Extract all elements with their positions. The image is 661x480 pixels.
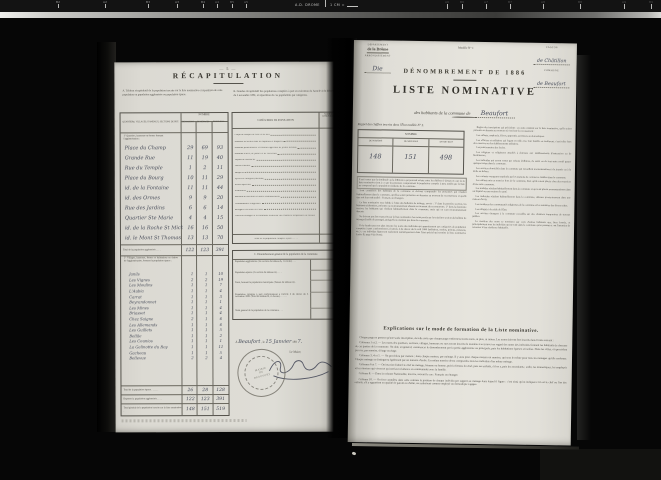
maisons-value: 1 bbox=[185, 299, 199, 304]
place-name: Les Moulins bbox=[121, 283, 185, 288]
instructions-left-paragraphs: Sont considérés des habitants de la comm… bbox=[356, 189, 467, 237]
page-left-recapitulation: — 5 — RÉCAPITULATION A. Tableau récapitu… bbox=[114, 62, 342, 433]
ruler-tick: A2 bbox=[100, 0, 110, 8]
maisons-value: 16 bbox=[183, 225, 198, 231]
dotted-leader bbox=[252, 184, 316, 185]
ruler-tick-label: B2 bbox=[53, 0, 63, 4]
ruler-tick-mark bbox=[203, 4, 204, 8]
place-name: Place du Bourg bbox=[121, 175, 183, 181]
rappel-individus-value: 498 bbox=[428, 147, 464, 174]
rappel-caption: Rappel des chiffres inscrits dans l'État… bbox=[358, 122, 468, 128]
maisons-value: 1 bbox=[185, 322, 199, 327]
maisons-value: 1 bbox=[185, 339, 199, 344]
report-individus: 391 bbox=[213, 397, 229, 402]
dotted-leader bbox=[264, 209, 316, 210]
ruler-tick-label: A7 bbox=[481, 0, 491, 4]
ruler-tick-label: B3 bbox=[143, 0, 153, 4]
intro-paragraph-a: A. Tableau récapitulatif de la populatio… bbox=[122, 89, 222, 96]
table-b-categories: CATÉGORIES DE POPULATION NOMBRE D'INDIVI… bbox=[232, 112, 340, 244]
table-row: Grande Rue 11 19 40 bbox=[121, 153, 228, 163]
individus-value: 14 bbox=[212, 205, 228, 211]
table-row: id. de la Roche St Michel 16 16 50 bbox=[121, 223, 228, 233]
book-cover-edge bbox=[97, 42, 116, 432]
ruler-tick: A8 bbox=[538, 0, 548, 9]
menages-value: 1 bbox=[199, 316, 213, 321]
maisons-value: 13 bbox=[183, 235, 198, 241]
instruction-paragraph: Les individus qui seront venus par raiso… bbox=[473, 159, 571, 167]
table-a-total-agglomeree-row: Total de la population agglomérée . . . … bbox=[121, 244, 228, 256]
total-eparse-individus: 128 bbox=[213, 388, 229, 393]
handwritten-date: 15 Janvier bbox=[266, 339, 292, 345]
ruler-tick-label: B9 bbox=[646, 0, 656, 4]
table-row: Place du Bourg 10 11 29 bbox=[121, 173, 228, 183]
table-b-total-label: Total de la population comptée à part . … bbox=[235, 237, 317, 240]
individus-value: 11 bbox=[212, 165, 228, 171]
subtitle-printed: des habitants de la commune de bbox=[414, 110, 470, 116]
table-a-header-quartiers: QUARTIERS, VILLAGES, HAMEAUX, SECTIONS D… bbox=[121, 113, 182, 132]
category-label: Asiles d'aliénés bbox=[235, 165, 251, 168]
menages-value: 13 bbox=[198, 235, 213, 241]
ruler-tick-label: A8 bbox=[538, 0, 548, 4]
maisons-value: 2 bbox=[185, 355, 199, 360]
microfilm-scan-viewport: B2 A2 B3 A3 B4 bbox=[0, 0, 661, 480]
maisons-value: 1 bbox=[185, 271, 199, 276]
instruction-paragraph: Les malades résidant habituellement dans… bbox=[473, 187, 571, 195]
menages-value: 1 bbox=[199, 333, 213, 338]
dotted-leader bbox=[298, 147, 316, 148]
ruler-tick-mark bbox=[325, 0, 326, 7]
table-row: id. des Ormes 9 9 20 bbox=[121, 193, 228, 203]
menages-value: 16 bbox=[198, 225, 213, 231]
canton-block: CANTON de Châtillon COMMUNE de Beaufort bbox=[528, 46, 575, 91]
ruler-tick-label: B4 bbox=[198, 0, 208, 4]
category-label: Maisons d'éducation et autres établissem… bbox=[235, 196, 280, 199]
handwritten-place: Beaufort bbox=[238, 339, 260, 345]
ruler-tick-label: B8 bbox=[575, 0, 585, 4]
table-a-section2-label: 2° Villages, hameaux, fermes et habitati… bbox=[124, 257, 178, 263]
instruction-paragraph: Ne doivent pas être transcrits sur la li… bbox=[356, 215, 466, 223]
instruction-paragraph: Les individus résidant habituellement da… bbox=[472, 195, 570, 203]
canton-value: de Châtillon bbox=[534, 59, 570, 66]
ruler-tick: B3 bbox=[143, 0, 153, 8]
menages-value: 2 bbox=[198, 165, 213, 171]
place-name: Place du Champ bbox=[121, 145, 183, 151]
menages-value: 1 bbox=[199, 305, 213, 310]
report-maisons: 122 bbox=[183, 397, 198, 402]
instruction-paragraph: Sont considérés des habitants de la comm… bbox=[357, 189, 467, 200]
menages-value: 1 bbox=[199, 283, 213, 288]
scanner-edge-strip bbox=[0, 12, 661, 18]
grand-total-label: Total général de la population inscrite … bbox=[122, 407, 183, 413]
row-label: Total général de la population de la com… bbox=[233, 308, 310, 318]
scale-dash bbox=[347, 6, 358, 7]
ruler-tick-mark bbox=[58, 4, 59, 8]
ruler-tick: B8 bbox=[575, 0, 585, 9]
individus-value: 1 bbox=[213, 338, 228, 343]
ruler-tick: B2 bbox=[53, 0, 63, 8]
table-a-subheaders: DE MAISONS DE MÉNAGES D'INDIVIDUS bbox=[181, 121, 228, 132]
place-name: Les Vignes bbox=[121, 277, 185, 282]
ruler-tick-label: B5 bbox=[227, 0, 237, 4]
liste-nominative-title: LISTE NOMINATIVE bbox=[353, 84, 576, 99]
menages-value: 1 bbox=[199, 299, 213, 304]
dotted-leader bbox=[271, 135, 316, 136]
ruler-tick-mark bbox=[447, 4, 448, 9]
explication-paragraph: Colonne 10. — On fera connaître dans cet… bbox=[355, 378, 567, 389]
rappel-col-menages: DE MÉNAGES bbox=[393, 139, 428, 147]
population-municipale-row: Total, formant la population municipale … bbox=[233, 280, 339, 292]
table-row: Rue du Temple 1 2 11 bbox=[121, 163, 228, 173]
menages-value: 2 bbox=[199, 355, 213, 360]
place-name: L'Aubia bbox=[121, 288, 185, 293]
ruler-tick-label: A5 bbox=[241, 0, 251, 4]
explications-paragraphs: Chaque page ne portera qu'une seule insc… bbox=[355, 336, 568, 390]
menages-value: 1 bbox=[199, 344, 213, 349]
maisons-value: 11 bbox=[183, 155, 198, 161]
total-general-row: Total général de la population de la com… bbox=[233, 308, 339, 318]
right-page-right-column: Règles des inscriptions qui précèdent : … bbox=[472, 126, 572, 233]
instruction-paragraph: Les ouvriers étrangers à la commune recu… bbox=[472, 212, 570, 220]
dotted-leader bbox=[262, 203, 316, 204]
maisons-value: 1 bbox=[185, 327, 199, 332]
scale-label: 1 CM = bbox=[330, 3, 345, 7]
individus-value: 1 bbox=[213, 299, 228, 304]
rappel-col-individus: D'INDIVIDUS bbox=[428, 139, 463, 147]
table-b-vline bbox=[319, 113, 320, 243]
maisons-value: 2 bbox=[185, 277, 199, 282]
table-row: Place du Champ 29 69 93 bbox=[121, 143, 228, 153]
stamp-inner-ring: MAIRIE DE BEAUFORT bbox=[241, 352, 282, 393]
place-name: id. des Ormes bbox=[121, 195, 183, 201]
individus-value: 4 bbox=[213, 355, 228, 360]
individus-value: 50 bbox=[212, 225, 228, 231]
modele-label: Modèle N° 1 bbox=[443, 45, 489, 50]
rappel-table: NOMBRE DE MAISONS DE MÉNAGES D'INDIVIDUS… bbox=[357, 129, 465, 175]
place-name: Rue des Jardins bbox=[121, 205, 183, 211]
menages-value: 1 bbox=[199, 338, 213, 343]
place-name: Rue du Temple bbox=[121, 165, 183, 171]
handwritten-year-digit: 7. bbox=[297, 339, 302, 345]
menages-value: 1 bbox=[199, 322, 213, 327]
individus-value: 15 bbox=[212, 215, 228, 221]
section-c-denombrement: C. Dénombrement général de la population… bbox=[232, 250, 340, 320]
individus-value: 11 bbox=[213, 344, 228, 349]
individus-value: 4 bbox=[213, 288, 228, 293]
total-agglomeree-maisons: 122 bbox=[182, 248, 197, 253]
category-label: Maisons pénitentiaires et colonies agric… bbox=[235, 147, 297, 150]
ruler-tick-mark bbox=[543, 4, 544, 9]
ruler-tick-mark bbox=[462, 4, 463, 9]
maisons-value: 1 bbox=[185, 333, 199, 338]
bottom-corner-shadow bbox=[540, 449, 661, 480]
printed-le: , le bbox=[261, 340, 265, 344]
individus-value: 70 bbox=[212, 235, 228, 241]
maisons-value: 1 bbox=[185, 288, 199, 293]
ruler-tick: A6 bbox=[442, 0, 452, 9]
ruler-tick-mark bbox=[624, 4, 625, 9]
ruler-tick-label: B7 bbox=[505, 0, 515, 4]
ruler-tick: B5 bbox=[227, 0, 237, 8]
table-row: Bellevue 2 2 4 bbox=[121, 355, 228, 361]
grand-total-maisons: 148 bbox=[183, 407, 198, 412]
place-name: Beyrandonnet bbox=[121, 299, 185, 304]
table-a-rows-eparse: Janils 1 1 10 Les Vignes 2 2 19 Les Moul… bbox=[121, 271, 228, 361]
place-name: La Gelinotte du Roy bbox=[121, 344, 185, 349]
ruler-tick: A7 bbox=[481, 0, 491, 9]
table-b-header-rule bbox=[233, 128, 339, 129]
maisons-value: 4 bbox=[183, 215, 198, 221]
menages-value: 2 bbox=[199, 277, 213, 282]
le-maire-label: Le Maire, bbox=[270, 350, 320, 354]
table-a-subheader-maisons: DE MAISONS bbox=[181, 121, 196, 132]
paper-speck bbox=[352, 451, 357, 455]
page-right-liste-nominative: DÉPARTEMENT de la Drôme ARRONDISSEMENT D… bbox=[348, 40, 577, 445]
arrondissement-label: ARRONDISSEMENT bbox=[356, 54, 400, 58]
ruler-tick: A9 bbox=[619, 0, 629, 9]
canton-label: CANTON bbox=[529, 46, 575, 50]
individus-value: 2 bbox=[213, 333, 228, 338]
place-name: Les Guillets bbox=[121, 327, 185, 332]
place-name: Les Counios bbox=[121, 339, 185, 344]
maisons-value: 1 bbox=[185, 344, 199, 349]
place-name: Grande Rue bbox=[121, 155, 183, 161]
maisons-value: 1 bbox=[185, 283, 199, 288]
rappel-col-maisons: DE MAISONS bbox=[358, 138, 392, 146]
total-eparse-label: Total de la population éparse . . . . . … bbox=[121, 389, 182, 392]
individus-value: 44 bbox=[212, 185, 228, 191]
place-name: Les Mines bbox=[121, 305, 185, 310]
ruler-tick-mark bbox=[217, 4, 218, 8]
ruler-tick-mark bbox=[177, 4, 178, 8]
menages-value: 1 bbox=[199, 271, 213, 276]
place-name: Janils bbox=[121, 271, 185, 276]
ruler-tick-label: B6 bbox=[457, 0, 467, 4]
individus-value: 93 bbox=[212, 145, 228, 151]
population-eparse-row: Population éparse (2e section du tableau… bbox=[233, 270, 339, 280]
category-label: Séminaires bbox=[235, 190, 246, 193]
date-line: À Beaufort , le 15 Janvier 188 7. bbox=[235, 339, 339, 345]
maisons-value: 1 bbox=[185, 350, 199, 355]
instruction-paragraph: Les ouvriers domiciliés dans la commune … bbox=[473, 167, 571, 175]
menages-value: 1 bbox=[199, 288, 213, 293]
ruler-tick-mark bbox=[510, 4, 511, 9]
instruction-paragraph: La liste nominative sera établie à l'aid… bbox=[356, 201, 466, 215]
table-a-rows-agglomeree: Place du Champ 29 69 93 Grande Rue 11 19… bbox=[121, 143, 228, 243]
maisons-value: 1 bbox=[185, 294, 199, 299]
ruler-tick-mark bbox=[232, 4, 233, 8]
individus-value: 20 bbox=[212, 195, 228, 201]
ruler-tick-mark bbox=[105, 4, 106, 8]
individus-value: 29 bbox=[212, 175, 228, 181]
individus-value: 3 bbox=[213, 294, 228, 299]
report-menages: 123 bbox=[198, 397, 213, 402]
individus-value: 6 bbox=[213, 322, 228, 327]
population-comptee-a-part-row: Population comptée à part conformément à… bbox=[233, 292, 339, 308]
individus-value: 5 bbox=[213, 327, 228, 332]
grand-total-menages: 151 bbox=[198, 407, 213, 412]
row-label: Population agglomérée (1re section du ta… bbox=[233, 259, 310, 270]
ruler-tick-label: A4 bbox=[212, 0, 222, 4]
individus-value: 4 bbox=[213, 305, 228, 310]
maisons-value: 1 bbox=[183, 165, 198, 171]
individus-value: 6 bbox=[213, 316, 228, 321]
category-label: Maisons d'arrêt, de justice et de correc… bbox=[235, 153, 277, 156]
instruction-paragraph: Les officiers et militaires qui logent e… bbox=[473, 138, 571, 146]
total-agglomeree-individus: 391 bbox=[212, 248, 228, 253]
table-row: Quartier Ste Marie 4 4 15 bbox=[121, 213, 228, 223]
ruler-tick-mark bbox=[486, 4, 487, 9]
printed-year: 188 bbox=[292, 340, 297, 344]
maisons-value: 11 bbox=[183, 185, 198, 191]
category-label: Écoles spéciales bbox=[235, 184, 251, 187]
ruler-tick bbox=[320, 0, 330, 7]
ruler-tick: A5 bbox=[241, 0, 251, 8]
table-row: id. le Mont St Thomas 13 13 70 bbox=[121, 233, 228, 243]
category-row: Ouvriers étrangers à la commune réunis s… bbox=[235, 211, 317, 217]
archive-label: A.D. DROME bbox=[295, 3, 320, 7]
category-label: Lycées et collèges (internats) bbox=[235, 178, 264, 181]
dotted-leader bbox=[281, 197, 316, 198]
place-name: Quartier Ste Marie bbox=[121, 215, 183, 221]
category-label: Communautés religieuses bbox=[235, 202, 261, 205]
row-label: Population éparse (2e section du tableau… bbox=[233, 270, 310, 280]
row-label: Population comptée à part conformément à… bbox=[233, 292, 310, 308]
category-label: Dépôts de mendicité bbox=[235, 159, 256, 162]
menages-value: 4 bbox=[198, 215, 213, 221]
place-name: Briasset bbox=[121, 311, 185, 316]
explications-title: Explications sur le mode de formation de… bbox=[349, 326, 572, 335]
dotted-leader bbox=[265, 178, 316, 179]
table-a-population: QUARTIERS, VILLAGES, HAMEAUX, SECTIONS D… bbox=[120, 112, 230, 416]
rappel-menages-value: 151 bbox=[392, 147, 428, 174]
total-agglomeree-label: Total de la population agglomérée . . . … bbox=[121, 249, 182, 252]
intro-paragraph-b: B. Nombre récapitulatif des populations … bbox=[233, 90, 333, 97]
dotted-leader bbox=[256, 160, 315, 161]
individus-value: 5 bbox=[213, 350, 228, 355]
place-name: Gacheau bbox=[121, 350, 185, 355]
ruler-tick-label: A9 bbox=[619, 0, 629, 4]
table-row: Rue des Jardins 6 6 14 bbox=[121, 203, 228, 213]
place-name: Carrat bbox=[121, 294, 185, 299]
place-name: Bellile bbox=[121, 333, 185, 338]
total-eparse-menages: 28 bbox=[198, 388, 213, 393]
table-b-rows: Corps de troupes de terre et de mer Mala… bbox=[235, 131, 317, 218]
printed-a: À bbox=[235, 340, 237, 344]
table-a-section1-label: 1° Quartiers, hameaux ou fermes formant … bbox=[124, 135, 178, 141]
dotted-leader bbox=[278, 153, 316, 154]
maisons-value: 1 bbox=[185, 305, 199, 310]
menages-value: 11 bbox=[198, 185, 213, 191]
ruler-tick: B6 bbox=[457, 0, 467, 9]
ruler-tick-mark bbox=[651, 4, 652, 9]
ruler-tick-label: A3 bbox=[172, 0, 182, 4]
category-label: Malades recueillis dans les hôpitaux et … bbox=[235, 140, 283, 143]
subtitle-line: des habitants de la commune de Beaufort bbox=[353, 100, 576, 122]
subtitle-handwritten-commune: Beaufort bbox=[474, 110, 514, 119]
grand-total-individus: 519 bbox=[213, 407, 229, 412]
menages-value: 11 bbox=[198, 175, 213, 181]
ruler-tick: B9 bbox=[646, 0, 656, 9]
footnote-smudge bbox=[122, 419, 247, 422]
table-a-grand-total-row: Total général de la population inscrite … bbox=[122, 403, 229, 415]
place-name: id. le Mont St Thomas bbox=[121, 235, 183, 241]
table-a-subheader-menages: DE MÉNAGES bbox=[196, 121, 211, 132]
menages-value: 1 bbox=[199, 294, 213, 299]
instruction-paragraph: La mention des noms se terminera par ceu… bbox=[472, 220, 570, 231]
menages-value: 1 bbox=[199, 350, 213, 355]
instruction-paragraph: Règles des inscriptions qui précèdent : … bbox=[474, 126, 572, 134]
ruler-tick-label: A2 bbox=[100, 0, 110, 4]
maisons-value: 1 bbox=[185, 311, 199, 316]
report-agglomeree-label: Reporter la population agglomérée . . . … bbox=[122, 398, 183, 401]
ruler-tick: A4 bbox=[212, 0, 222, 8]
menages-value: 69 bbox=[198, 145, 213, 151]
table-b-header: CATÉGORIES DE POPULATION bbox=[233, 113, 320, 128]
menages-value: 1 bbox=[199, 327, 213, 332]
menages-value: 6 bbox=[198, 205, 213, 211]
place-name: id. de la Roche St Michel bbox=[121, 225, 183, 231]
film-ruler: B2 A2 B3 A3 B4 bbox=[0, 0, 661, 12]
maisons-value: 6 bbox=[183, 205, 198, 211]
total-agglomeree-menages: 123 bbox=[197, 248, 212, 253]
individus-value: 19 bbox=[213, 277, 228, 282]
place-name: id. de la Fontaine bbox=[121, 185, 183, 191]
place-name: Bellevue bbox=[121, 355, 185, 360]
population-agglomeree-row: Population agglomérée (1re section du ta… bbox=[233, 259, 339, 270]
explication-paragraph: Colonnes 1 et 2. — Les noms des quartier… bbox=[355, 341, 567, 355]
ruler-tick: B4 bbox=[198, 0, 208, 8]
category-label: Réfugiés à la solde de l'État bbox=[235, 209, 263, 212]
page-edge-glow bbox=[577, 55, 591, 440]
place-name: Les Allemands bbox=[121, 322, 185, 327]
section-c-rows: Population agglomérée (1re section du ta… bbox=[233, 259, 339, 318]
ruler-tick-mark bbox=[246, 4, 247, 8]
place-name: Chez Saigne bbox=[121, 316, 185, 321]
ruler-tick: A3 bbox=[172, 0, 182, 8]
rappel-maisons-value: 148 bbox=[358, 146, 393, 173]
individus-value: 7 bbox=[213, 282, 228, 287]
category-label: Hospices bbox=[235, 172, 244, 175]
table-a-header-label: QUARTIERS, VILLAGES, HAMEAUX, SECTIONS D… bbox=[121, 121, 181, 124]
title1-rule bbox=[453, 79, 476, 80]
rappel-values-row: 148 151 498 bbox=[358, 146, 463, 174]
maisons-value: 29 bbox=[183, 145, 198, 151]
ruler-tick-mark bbox=[580, 4, 581, 9]
title-rule bbox=[213, 82, 243, 83]
instruction-paragraph: Il n'y faudra pas non plus inscrire les … bbox=[356, 224, 466, 238]
maisons-value: 2 bbox=[185, 316, 199, 321]
right-page-left-column: Rappel des chiffres inscrits dans l'État… bbox=[356, 122, 468, 240]
section-c-title: C. Dénombrement général de la population… bbox=[233, 252, 339, 255]
row-label: Total, formant la population municipale … bbox=[233, 280, 310, 292]
menages-value: 1 bbox=[199, 311, 213, 316]
dotted-leader bbox=[284, 141, 316, 142]
maisons-value: 10 bbox=[183, 175, 198, 181]
table-row: id. de la Fontaine 11 11 44 bbox=[121, 183, 228, 193]
table-b-total-rule bbox=[233, 234, 339, 235]
menages-value: 19 bbox=[198, 155, 213, 161]
category-label: Corps de troupes de terre et de mer bbox=[235, 134, 270, 137]
maisons-value: 9 bbox=[183, 195, 198, 201]
table-a-subheader-individus: D'INDIVIDUS bbox=[211, 121, 227, 132]
individus-value: 40 bbox=[212, 155, 228, 161]
instruction-paragraph: Les religieux et religieuses attachés à … bbox=[473, 151, 571, 159]
total-eparse-maisons: 26 bbox=[183, 388, 198, 393]
individus-value: 10 bbox=[213, 271, 228, 276]
recapitulation-title: RÉCAPITULATION bbox=[114, 71, 341, 81]
category-label: Ouvriers étrangers à la commune réunis s… bbox=[235, 215, 315, 218]
ruler-tick: B7 bbox=[505, 0, 515, 9]
